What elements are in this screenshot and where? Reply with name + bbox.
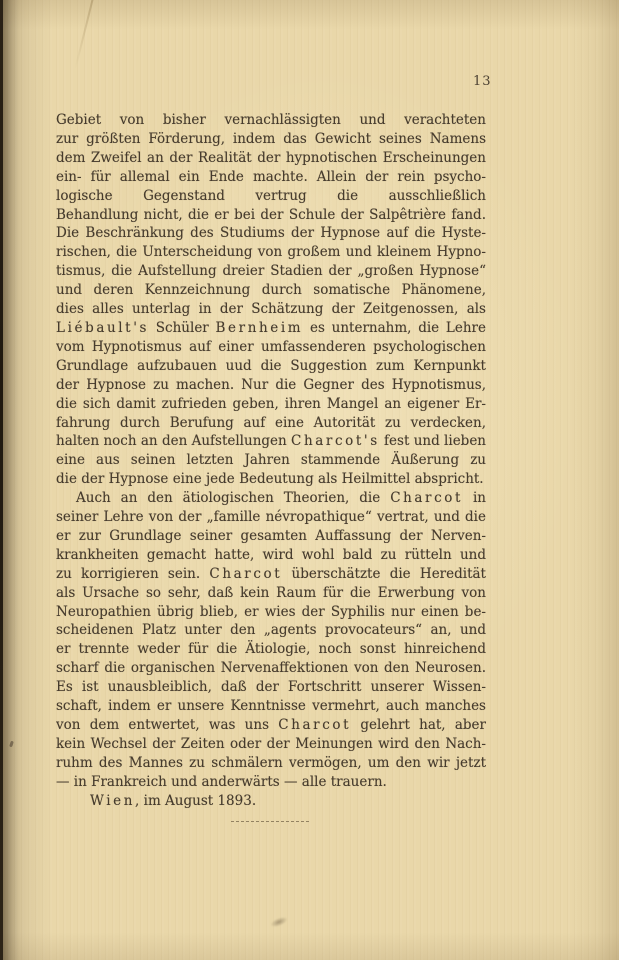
text-line: Behandlung nicht, die er bei der Schule … (56, 206, 486, 225)
text-line: seiner Lehre von der „famille névropathi… (56, 508, 486, 527)
text-line: er zur Grundlage seiner gesamten Auffass… (56, 527, 486, 546)
text-line: vom Hypnotismus auf einer umfassenderen … (56, 338, 486, 357)
text-line: ein- für allemal ein Ende machte. Allein… (56, 168, 486, 187)
text-line: die der Hypnose eine jede Bedeutung als … (56, 470, 486, 489)
text-line: scharf die organischen Nervenaffektionen… (56, 659, 486, 678)
text-line: logische Gegenstand vertrug die ausschli… (56, 187, 486, 206)
text-line: kein Wechsel der Zeiten oder der Meinung… (56, 735, 486, 754)
text-line: dem Zweifel an der Realität der hypnotis… (56, 149, 486, 168)
letterspaced-name: Charcot (278, 717, 351, 733)
text-line: krankheiten gemacht hatte, wird wohl bal… (56, 546, 486, 565)
text-line: der Hypnose zu machen. Nur die Gegner de… (56, 376, 486, 395)
page-number: 13 (473, 74, 492, 89)
text-line: Liébault's Schüler Bernheim es unternahm… (56, 319, 486, 338)
text-line: zu korrigieren sein. Charcot überschätzt… (56, 565, 486, 584)
text-line: er trennte weder für die Ätiologie, noch… (56, 640, 486, 659)
letterspaced-name: Charcot's (291, 433, 380, 449)
text-line: Es ist unausbleiblich, daß der Fortschri… (56, 678, 486, 697)
letterspaced-name: Bernheim (216, 320, 304, 336)
text-line: von dem entwertet, was uns Charcot geleh… (56, 716, 486, 735)
text-line: und deren Kennzeichnung durch somatische… (56, 281, 486, 300)
text-line: halten noch an den Aufstellungen Charcot… (56, 432, 486, 451)
text-line: Neuropathien übrig blieb, er wies der Sy… (56, 603, 486, 622)
text-line: als Ursache so sehr, daß kein Raum für d… (56, 584, 486, 603)
text-line: die sich damit zufrieden geben, ihren Ma… (56, 395, 486, 414)
text-line: dies alles unterlag in der Schätzung der… (56, 300, 486, 319)
text-line: Gebiet von bisher vernachlässigten und v… (56, 111, 486, 130)
letterspaced-name: Charcot (390, 490, 463, 506)
letterspaced-name: Charcot (209, 566, 282, 582)
smudge-mark (269, 915, 289, 929)
text-line: ruhm des Mannes zu schmälern vermögen, u… (56, 754, 486, 773)
text-line: fahrung durch Berufung auf eine Autoritä… (56, 414, 486, 433)
text-line: schaft, indem er unsere Kenntnisse verme… (56, 697, 486, 716)
text-line: rischen, die Unterscheidung von großem u… (56, 243, 486, 262)
letterspaced-name: Liébault's (56, 320, 149, 336)
text-line: Auch an den ätiologischen Theorien, die … (56, 489, 486, 508)
section-divider (231, 821, 309, 822)
text-line: tismus, die Aufstellung dreier Stadien d… (56, 262, 486, 281)
text-line: zur größten Förderung, indem das Gewicht… (56, 130, 486, 149)
text-line: Die Beschränkung des Studiums der Hypnos… (56, 224, 486, 243)
text-line: Wien, im August 1893. (56, 792, 486, 811)
text-line: scheidenen Platz unter den „agents provo… (56, 621, 486, 640)
book-page: 13 Gebiet von bisher vernachlässigten un… (0, 0, 619, 960)
text-line: Grundlage aufzubauen uud die Suggestion … (56, 357, 486, 376)
page-text: Gebiet von bisher vernachlässigten und v… (56, 111, 486, 811)
text-line: eine aus seinen letzten Jahren stammende… (56, 451, 486, 470)
paper-crease (74, 0, 95, 69)
text-line: — in Frankreich und anderwärts — alle tr… (56, 773, 486, 792)
letterspaced-name: Wien (90, 793, 135, 809)
spine-shadow (3, 0, 19, 960)
